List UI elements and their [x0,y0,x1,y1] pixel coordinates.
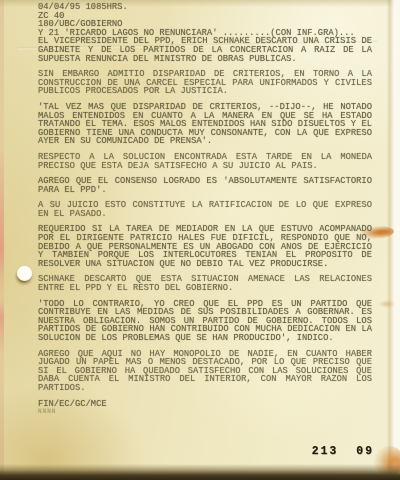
body-paragraph: RESPECTO A LA SOLUCION ENCONTRADA ESTA T… [38,153,372,170]
body-paragraph: REQUERIDO SI LA TAREA DE MEDIADOR EN LA … [38,225,372,268]
body-paragraph: AGREGO QUE AQUI NO HAY MONOPOLIO DE NADI… [38,350,372,393]
rust-stain-small [378,300,396,308]
body-paragraph: EL VICEPRESIDENTE DEL PPD, ERICH SCHNAKE… [38,37,372,63]
timestamp-line: 04/04/95 1085HRS. [38,3,372,12]
punch-hole [17,266,32,281]
sign-off: FIN/EC/GC/MCE [38,400,372,409]
body-paragraph: 'TODO LO CONTRARIO, YO CREO QUE EL PPD E… [38,300,372,343]
body-paragraph: 'TAL VEZ MAS QUE DISPARIDAD DE CRITERIOS… [38,103,372,146]
paper-background: 04/04/95 1085HRS. ZC 40 180/UBC/GOBIERNO… [0,0,400,480]
body-paragraph: SCHNAKE DESCARTO QUE ESTA SITUACION AMEN… [38,275,372,292]
page-number-stamp: 213 09 [312,445,374,458]
telex-header-block: ZC 40 180/UBC/GOBIERNO [38,12,372,29]
telex-document: 04/04/95 1085HRS. ZC 40 180/UBC/GOBIERNO… [38,3,372,417]
body-paragraph: A SU JUICIO ESTO CONSTITUYE LA RATIFICAC… [38,201,372,218]
body-paragraph: SIN EMBARGO ADMITIO DISPARIDAD DE CRITER… [38,70,372,96]
right-paper-edge [387,0,400,480]
end-marker: NNNN [38,408,372,417]
body-paragraph: AGREGO QUE EL CONSENSO LOGRADO ES 'ABSOL… [38,177,372,194]
left-edge-marks [0,0,4,480]
scan-shadow-band [0,464,400,480]
